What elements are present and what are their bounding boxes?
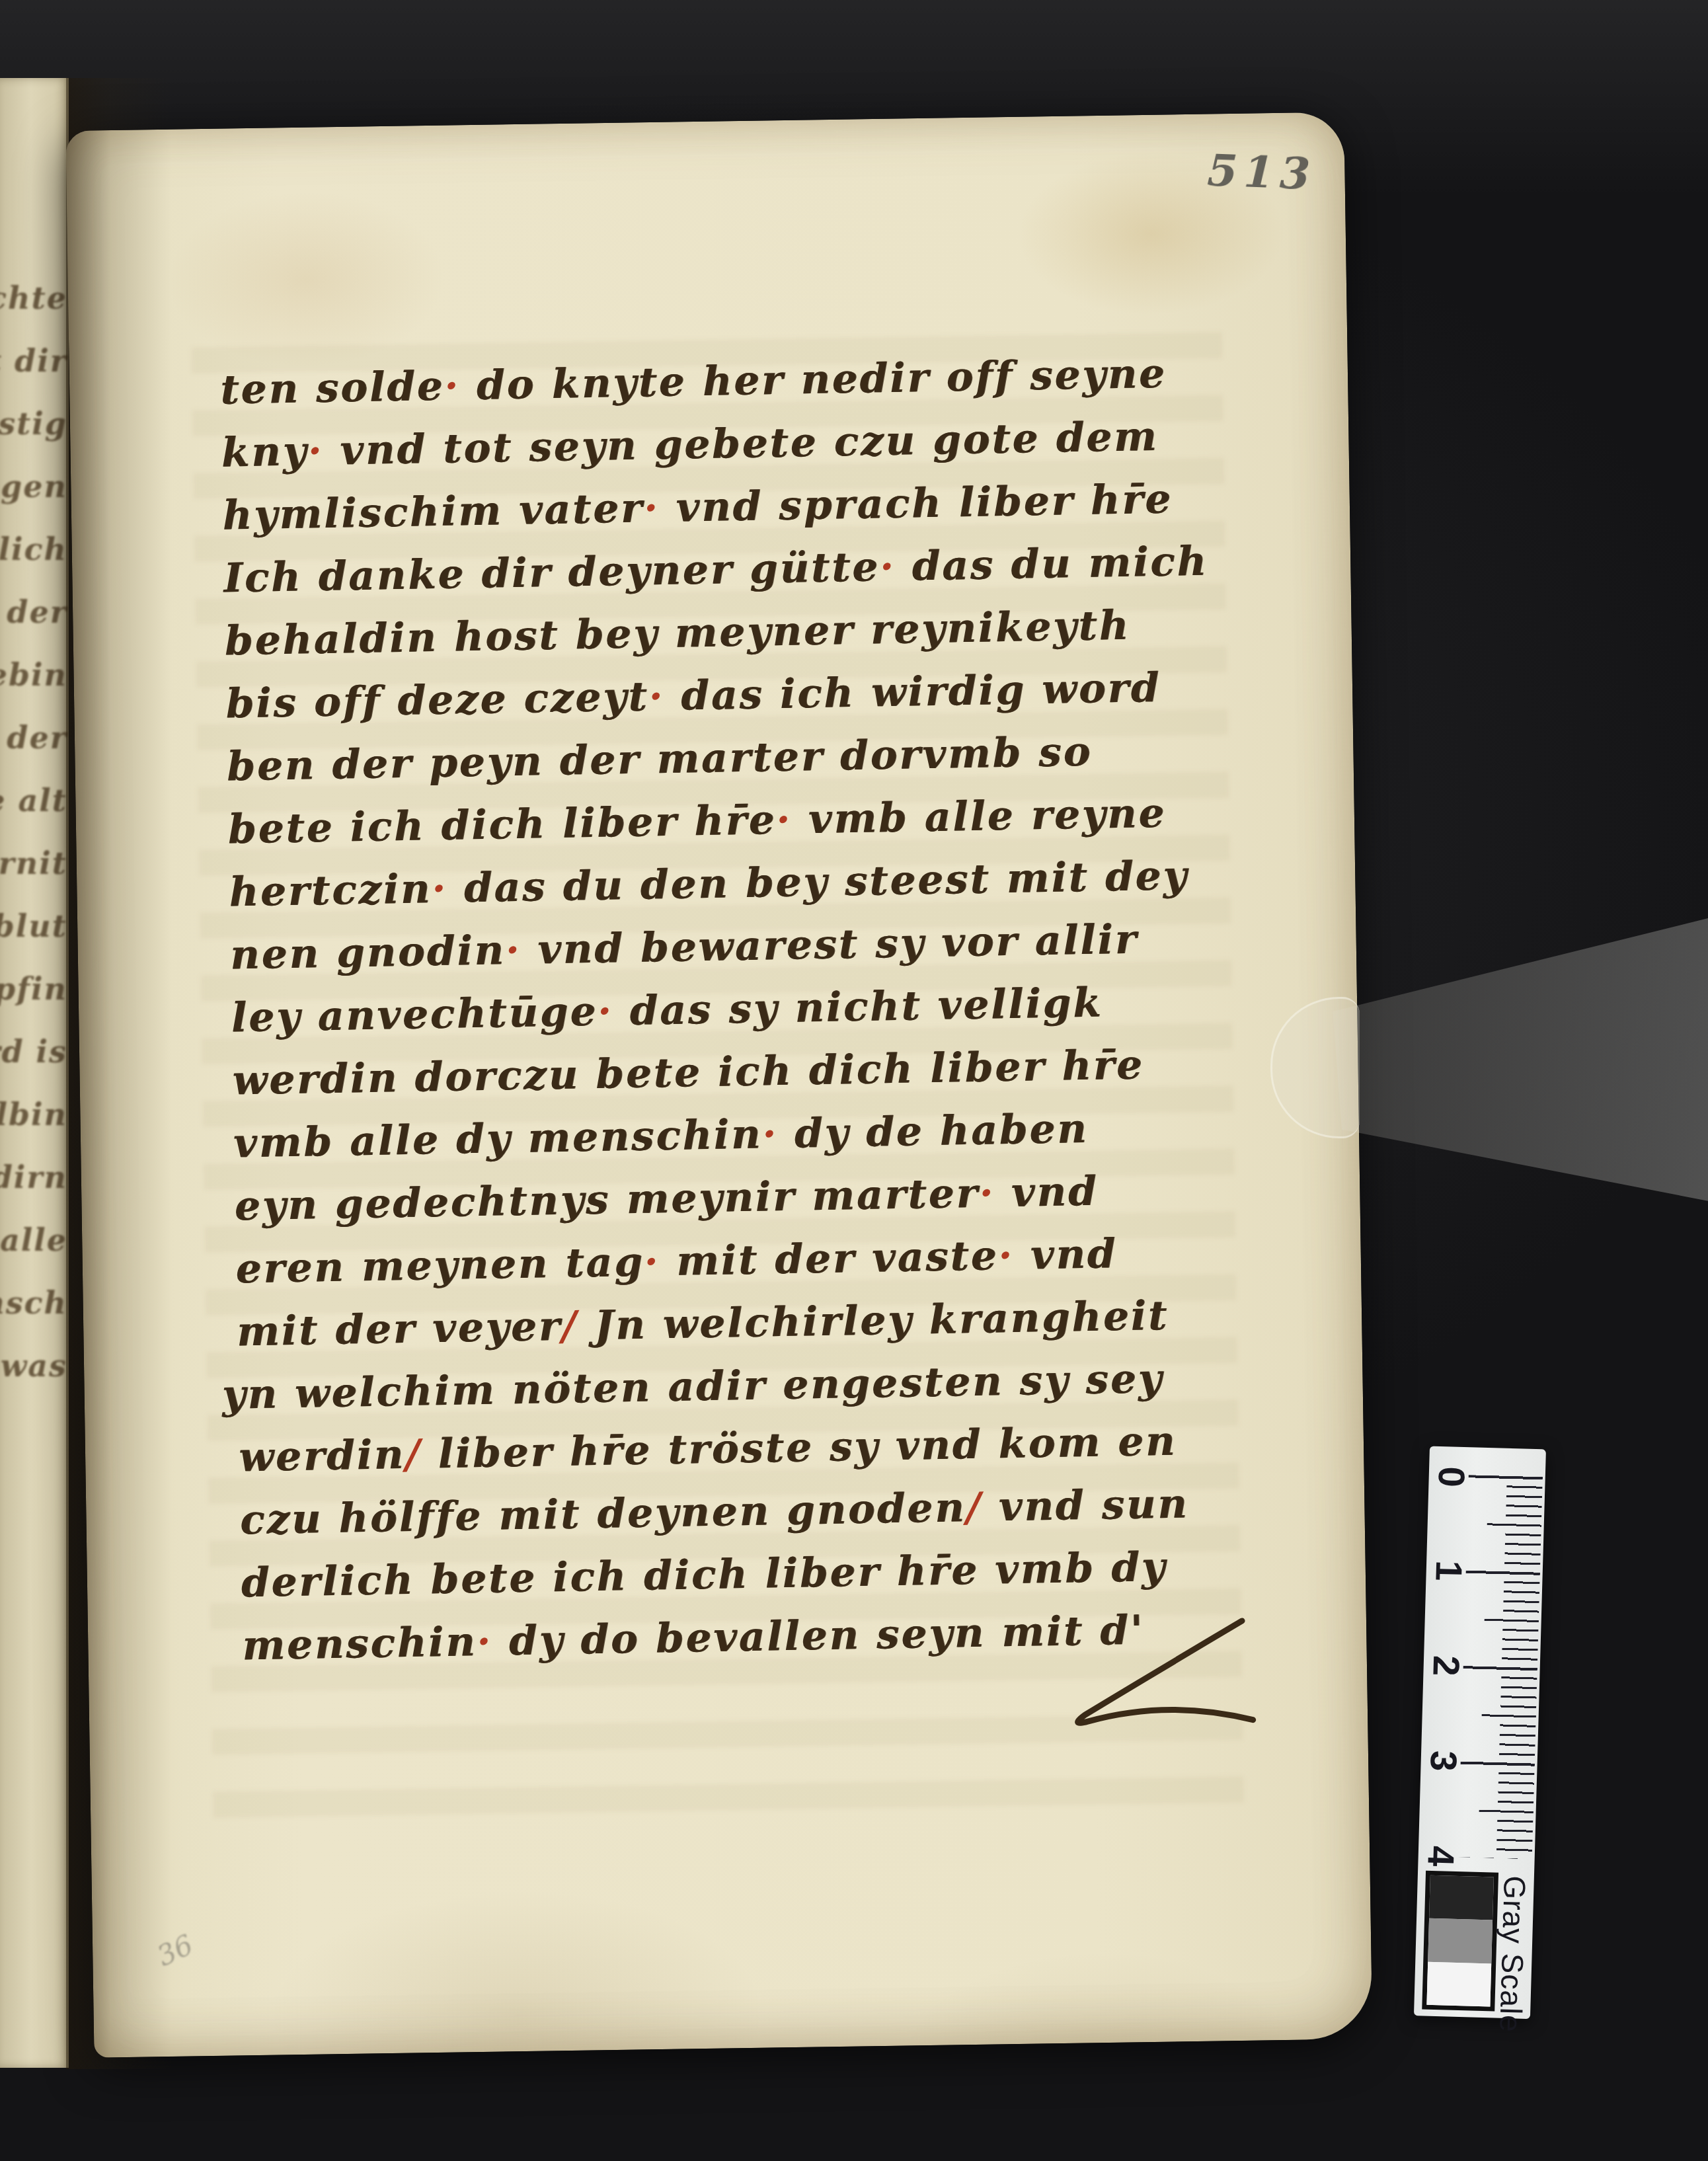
facing-text-fragment: der bequemlich — [0, 534, 67, 565]
grayscale-patch-dark — [1429, 1875, 1494, 1920]
grayscale-patch-mid — [1428, 1918, 1493, 1963]
grayscale-label: Gray Scale — [1493, 1875, 1533, 2033]
facing-text-fragment: san mast dir — [0, 346, 67, 376]
ruler-number: 3 — [1424, 1750, 1462, 1772]
ruler-number: 2 — [1427, 1655, 1465, 1677]
centimeter-ticks — [1458, 1475, 1543, 1859]
manuscript-text-block: ten solde· do knyte her nedir off seyne … — [219, 341, 1261, 1678]
facing-text-fragment: der vor lebin — [0, 660, 67, 690]
scribal-flourish — [1045, 1615, 1265, 1738]
facing-text-fragment: legen wornit — [0, 848, 67, 879]
measuring-ruler: 0 1 2 3 4 Gray Scale — [1414, 1446, 1546, 2020]
facing-page-edge: dem rechte san mast dir uchteristig hat … — [0, 78, 69, 2068]
grayscale-patches — [1422, 1871, 1498, 2012]
ruler-number: 4 — [1422, 1845, 1459, 1867]
facing-text-fragment: sy seyn alle — [0, 1225, 67, 1255]
facing-text-fragment: so der selbin — [0, 1099, 67, 1130]
facing-text-fragment: se dey do blut — [0, 911, 67, 941]
pencil-annotation: 36 — [152, 1928, 198, 1973]
manuscript-page: 513 ten solde· do knyte her nedir off se… — [65, 112, 1372, 2057]
facing-text-fragment: dy der mensch — [0, 1288, 67, 1318]
grayscale-patch-light — [1426, 1961, 1491, 2006]
facing-text-fragment: dem rechte — [0, 283, 67, 313]
facing-text-fragment: dem andirn — [0, 1162, 67, 1193]
ruler-number: 1 — [1430, 1560, 1467, 1582]
facing-text-fragment: san werde alt — [0, 785, 67, 816]
facing-text-fragment: hat legen — [0, 471, 67, 502]
facing-text-fragment: er wird is — [0, 1037, 67, 1067]
facing-text-fragment: gesichte der — [0, 723, 67, 753]
facing-text-fragment: vnd was — [0, 1351, 67, 1381]
folio-number: 513 — [1206, 144, 1317, 200]
facing-text-fragment: ster entpfin — [0, 974, 67, 1004]
photo-background: dem rechte san mast dir uchteristig hat … — [0, 0, 1708, 2161]
facing-text-fragment: ist broune der — [0, 597, 67, 627]
ruler-number: 0 — [1432, 1466, 1470, 1488]
facing-text-fragment: uchteristig — [0, 409, 67, 439]
